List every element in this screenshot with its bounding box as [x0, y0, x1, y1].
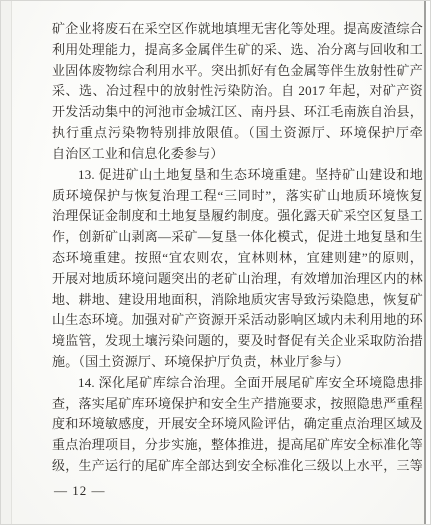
- text-line: 查，落实尾矿库环境保护和安全生产措施要求，按照隐患严重程: [52, 394, 423, 415]
- text-line: 质环境保护与恢复治理工程“三同时”，落实矿山地质环境恢复: [52, 186, 423, 207]
- text-line: 度和环境敏感度，开展安全环境风险评估，确定重点治理区域及: [52, 414, 423, 435]
- scan-edge-right: [424, 1, 426, 524]
- text-line: 境监管，发现土壤污染问题的，要及时督促有关企业采取防治措: [52, 331, 423, 352]
- scanned-document-page: 矿企业将废石在采空区作就地填埋无害化等处理。提高废渣综合利用处理能力，提高多金属…: [0, 0, 431, 525]
- text-line: 矿企业将废石在采空区作就地填埋无害化等处理。提高废渣综合: [52, 19, 423, 40]
- text-line: 级，生产运行的尾矿库全部达到安全标准化三级以上水平，三等: [52, 456, 423, 477]
- text-line: 自治区工业和信息化委参与）: [52, 144, 423, 165]
- page-number: — 12 —: [54, 482, 106, 500]
- text-line: 业固体废物综合利用水平。突出抓好有色金属等伴生放射性矿产: [52, 61, 423, 82]
- text-line: 14. 深化尾矿库综合治理。全面开展尾矿库安全环境隐患排: [52, 373, 423, 394]
- text-line: 山生态环境。加强对矿产资源开采活动影响区域内未利用地的环: [52, 310, 423, 331]
- text-line: 地、耕地、建设用地面积，消除地质灾害导致污染隐患，恢复矿: [52, 290, 423, 311]
- text-line: 执行重点污染物特别排放限值。（国土资源厅、环境保护厅牵头，: [52, 123, 423, 144]
- text-line: 利用处理能力，提高多金属伴生矿的采、选、冶分离与回收和工: [52, 40, 423, 61]
- scan-edge-left: [1, 1, 12, 524]
- text-line: 开展对地质环境问题突出的老矿山治理，有效增加治理区内的林: [52, 269, 423, 290]
- text-line: 态环境重建。按照“宜农则农，宜林则林，宜建则建”的原则，: [52, 248, 423, 269]
- text-line: 采、选、冶过程中的放射性污染防治。自 2017 年起，对矿产资源: [52, 81, 423, 102]
- text-line: 施。（国土资源厅、环境保护厅负责，林业厅参与）: [52, 352, 423, 373]
- text-line: 治理保证金制度和土地复垦履约制度。强化露天矿采空区复垦工: [52, 206, 423, 227]
- document-body: 矿企业将废石在采空区作就地填埋无害化等处理。提高废渣综合利用处理能力，提高多金属…: [52, 19, 423, 477]
- text-line: 13. 促进矿山土地复垦和生态环境重建。坚持矿山建设和地: [52, 165, 423, 186]
- scan-margin-right: [426, 1, 430, 524]
- text-line: 重点治理项目，分步实施，整体推进，提高尾矿库安全标准化等: [52, 435, 423, 456]
- text-line: 开发活动集中的河池市金城江区、南丹县、环江毛南族自治县，: [52, 102, 423, 123]
- text-line: 作，创新矿山剥离—采矿—复垦一体化模式，促进土地复垦和生: [52, 227, 423, 248]
